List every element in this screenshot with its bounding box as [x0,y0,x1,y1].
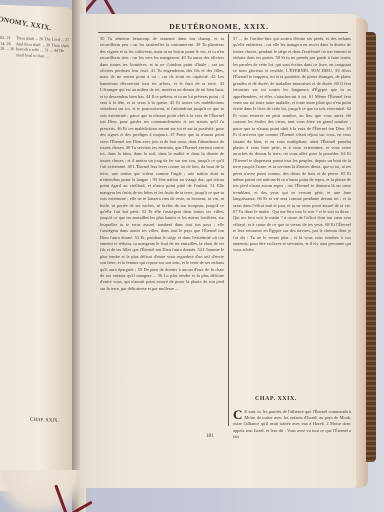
right-column-text: 57 ... de l'arrière-faix qui sortira d'e… [233,36,351,298]
drop-cap: C [233,409,242,420]
page-curl-shadow [0,470,90,512]
header-rule [98,32,348,33]
chapter-heading: CHAP. XXIX. [255,396,297,402]
photo-scene: ONOMY, XXIX. 1463. 21 ... 14, 26 ... 28 … [0,0,384,512]
running-head: DEUTÉRONOME, XXIX. [80,22,358,31]
chapter-opening-text: E sont ici les paroles de l'alliance que… [233,409,351,439]
page-number: 181 [206,434,214,439]
left-running-head: ONOMY, XXIX. [0,15,52,32]
leather-cover-edge [366,32,376,462]
left-page-text: Thou shalt ... 26 The Lord ... 27 And th… [16,35,70,457]
right-page: DEUTÉRONOME, XXIX. 50 Tu sèmeras beaucou… [80,14,358,488]
left-page: ONOMY, XXIX. 1463. 21 ... 14, 26 ... 28 … [0,5,78,494]
left-column-text: 50 Tu sèmeras beaucoup de semence dans t… [100,36,224,426]
left-margin-references: 1463. 21 ... 14, 26 ... 28 ... 36 ... [0,35,14,456]
left-chapter-marker: CHAP. XXIX. [30,418,59,424]
chapter-opening: C E sont ici les paroles de l'alliance q… [233,409,351,440]
column-divider [228,34,229,426]
